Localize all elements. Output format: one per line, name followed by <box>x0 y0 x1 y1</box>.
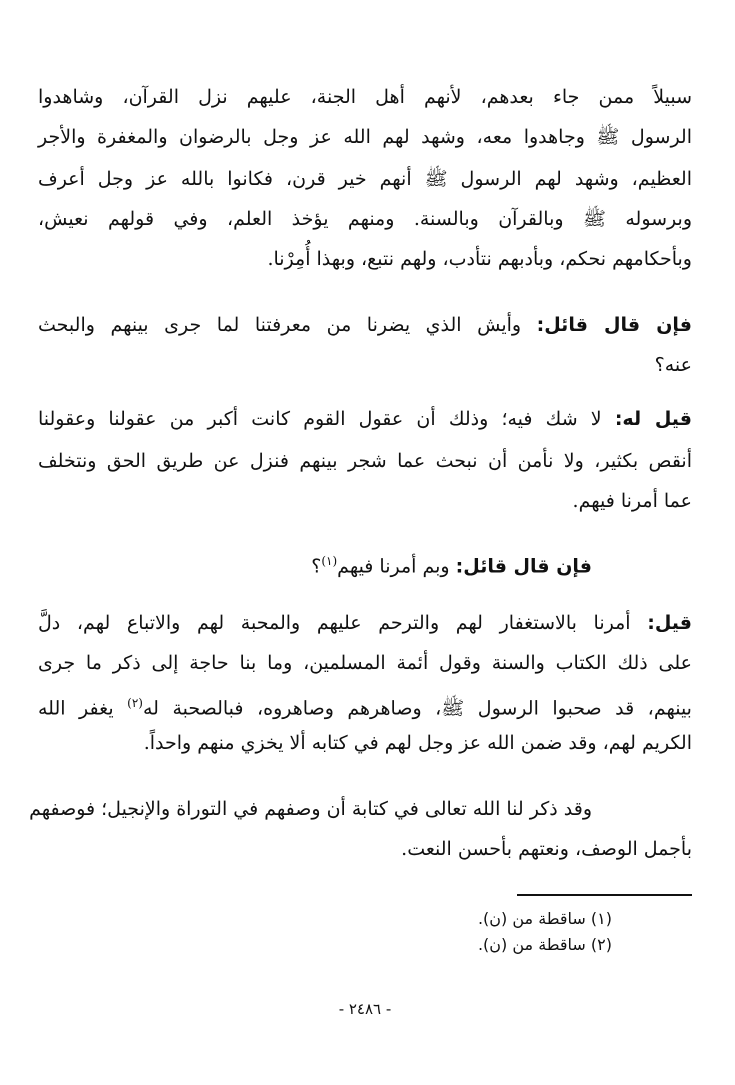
text-line: على ذلك الكتاب والسنة وقول أئمة المسلمين… <box>38 648 692 678</box>
text-line: بينهم، قد صحبوا الرسول ﷺ، وصاهرهم وصاهرو… <box>143 697 692 719</box>
punctuation: ؟ <box>311 555 321 577</box>
speaker-label: قيل له: <box>615 408 692 430</box>
text-line: لا شك فيه؛ وذلك أن عقول القوم كانت أكبر … <box>38 408 615 430</box>
text-line: أمرنا بالاستغفار لهم والترحم عليهم والمح… <box>38 612 647 634</box>
text-line: وبم أمرنا فيهم <box>337 555 455 577</box>
question-2: فإن قال قائل: وبم أمرنا فيهم(١)؟ <box>311 546 592 581</box>
speaker-label: قيل: <box>647 612 692 634</box>
text-line: يغفر الله <box>38 697 127 719</box>
question-1: فإن قال قائل: وأيش الذي يضرنا من معرفتنا… <box>38 310 692 340</box>
text-line: سبيلاً ممن جاء بعدهم، لأنهم أهل الجنة، ع… <box>38 82 692 112</box>
footnote-2: (٢) ساقطة من (ن). <box>478 934 612 956</box>
text-line: الرسول ﷺ وجاهدوا معه، وشهد لهم الله عز و… <box>38 122 692 152</box>
text-line: عنه؟ <box>655 350 692 380</box>
text-line-with-footnote: بينهم، قد صحبوا الرسول ﷺ، وصاهرهم وصاهرو… <box>38 688 692 723</box>
text-line: عما أمرنا فيهم. <box>573 486 692 516</box>
text-line: وقد ذكر لنا الله تعالى في كتابة أن وصفهم… <box>29 794 592 824</box>
footnote-mark: (٢) <box>127 696 143 710</box>
answer-2: قيل: أمرنا بالاستغفار لهم والترحم عليهم … <box>38 608 692 638</box>
text-line: العظيم، وشهد لهم الرسول ﷺ أنهم خير قرن، … <box>38 164 692 194</box>
text-line: الكريم لهم، وقد ضمن الله عز وجل لهم في ك… <box>144 728 692 758</box>
footnote-1: (١) ساقطة من (ن). <box>478 908 612 930</box>
text-line: وبرسوله ﷺ وبالقرآن وبالسنة. ومنهم يؤخذ ا… <box>38 204 692 234</box>
text-line: بأجمل الوصف، ونعتهم بأحسن النعت. <box>401 834 692 864</box>
footnote-divider <box>517 894 692 896</box>
answer-1: قيل له: لا شك فيه؛ وذلك أن عقول القوم كا… <box>38 404 692 434</box>
text-line: وأيش الذي يضرنا من معرفتنا لما جرى بينهم… <box>38 314 537 336</box>
footnote-mark: (١) <box>321 554 337 568</box>
speaker-label: فإن قال قائل: <box>456 555 592 577</box>
speaker-label: فإن قال قائل: <box>537 314 692 336</box>
text-line: وبأحكامهم نحكم، وبأدبهم نتأدب، ولهم نتبع… <box>267 244 692 274</box>
text-line: أنقص بكثير، ولا نأمن أن نبحث عما شجر بين… <box>38 446 692 476</box>
page-number: - ٢٤٨٦ - <box>38 1000 692 1018</box>
